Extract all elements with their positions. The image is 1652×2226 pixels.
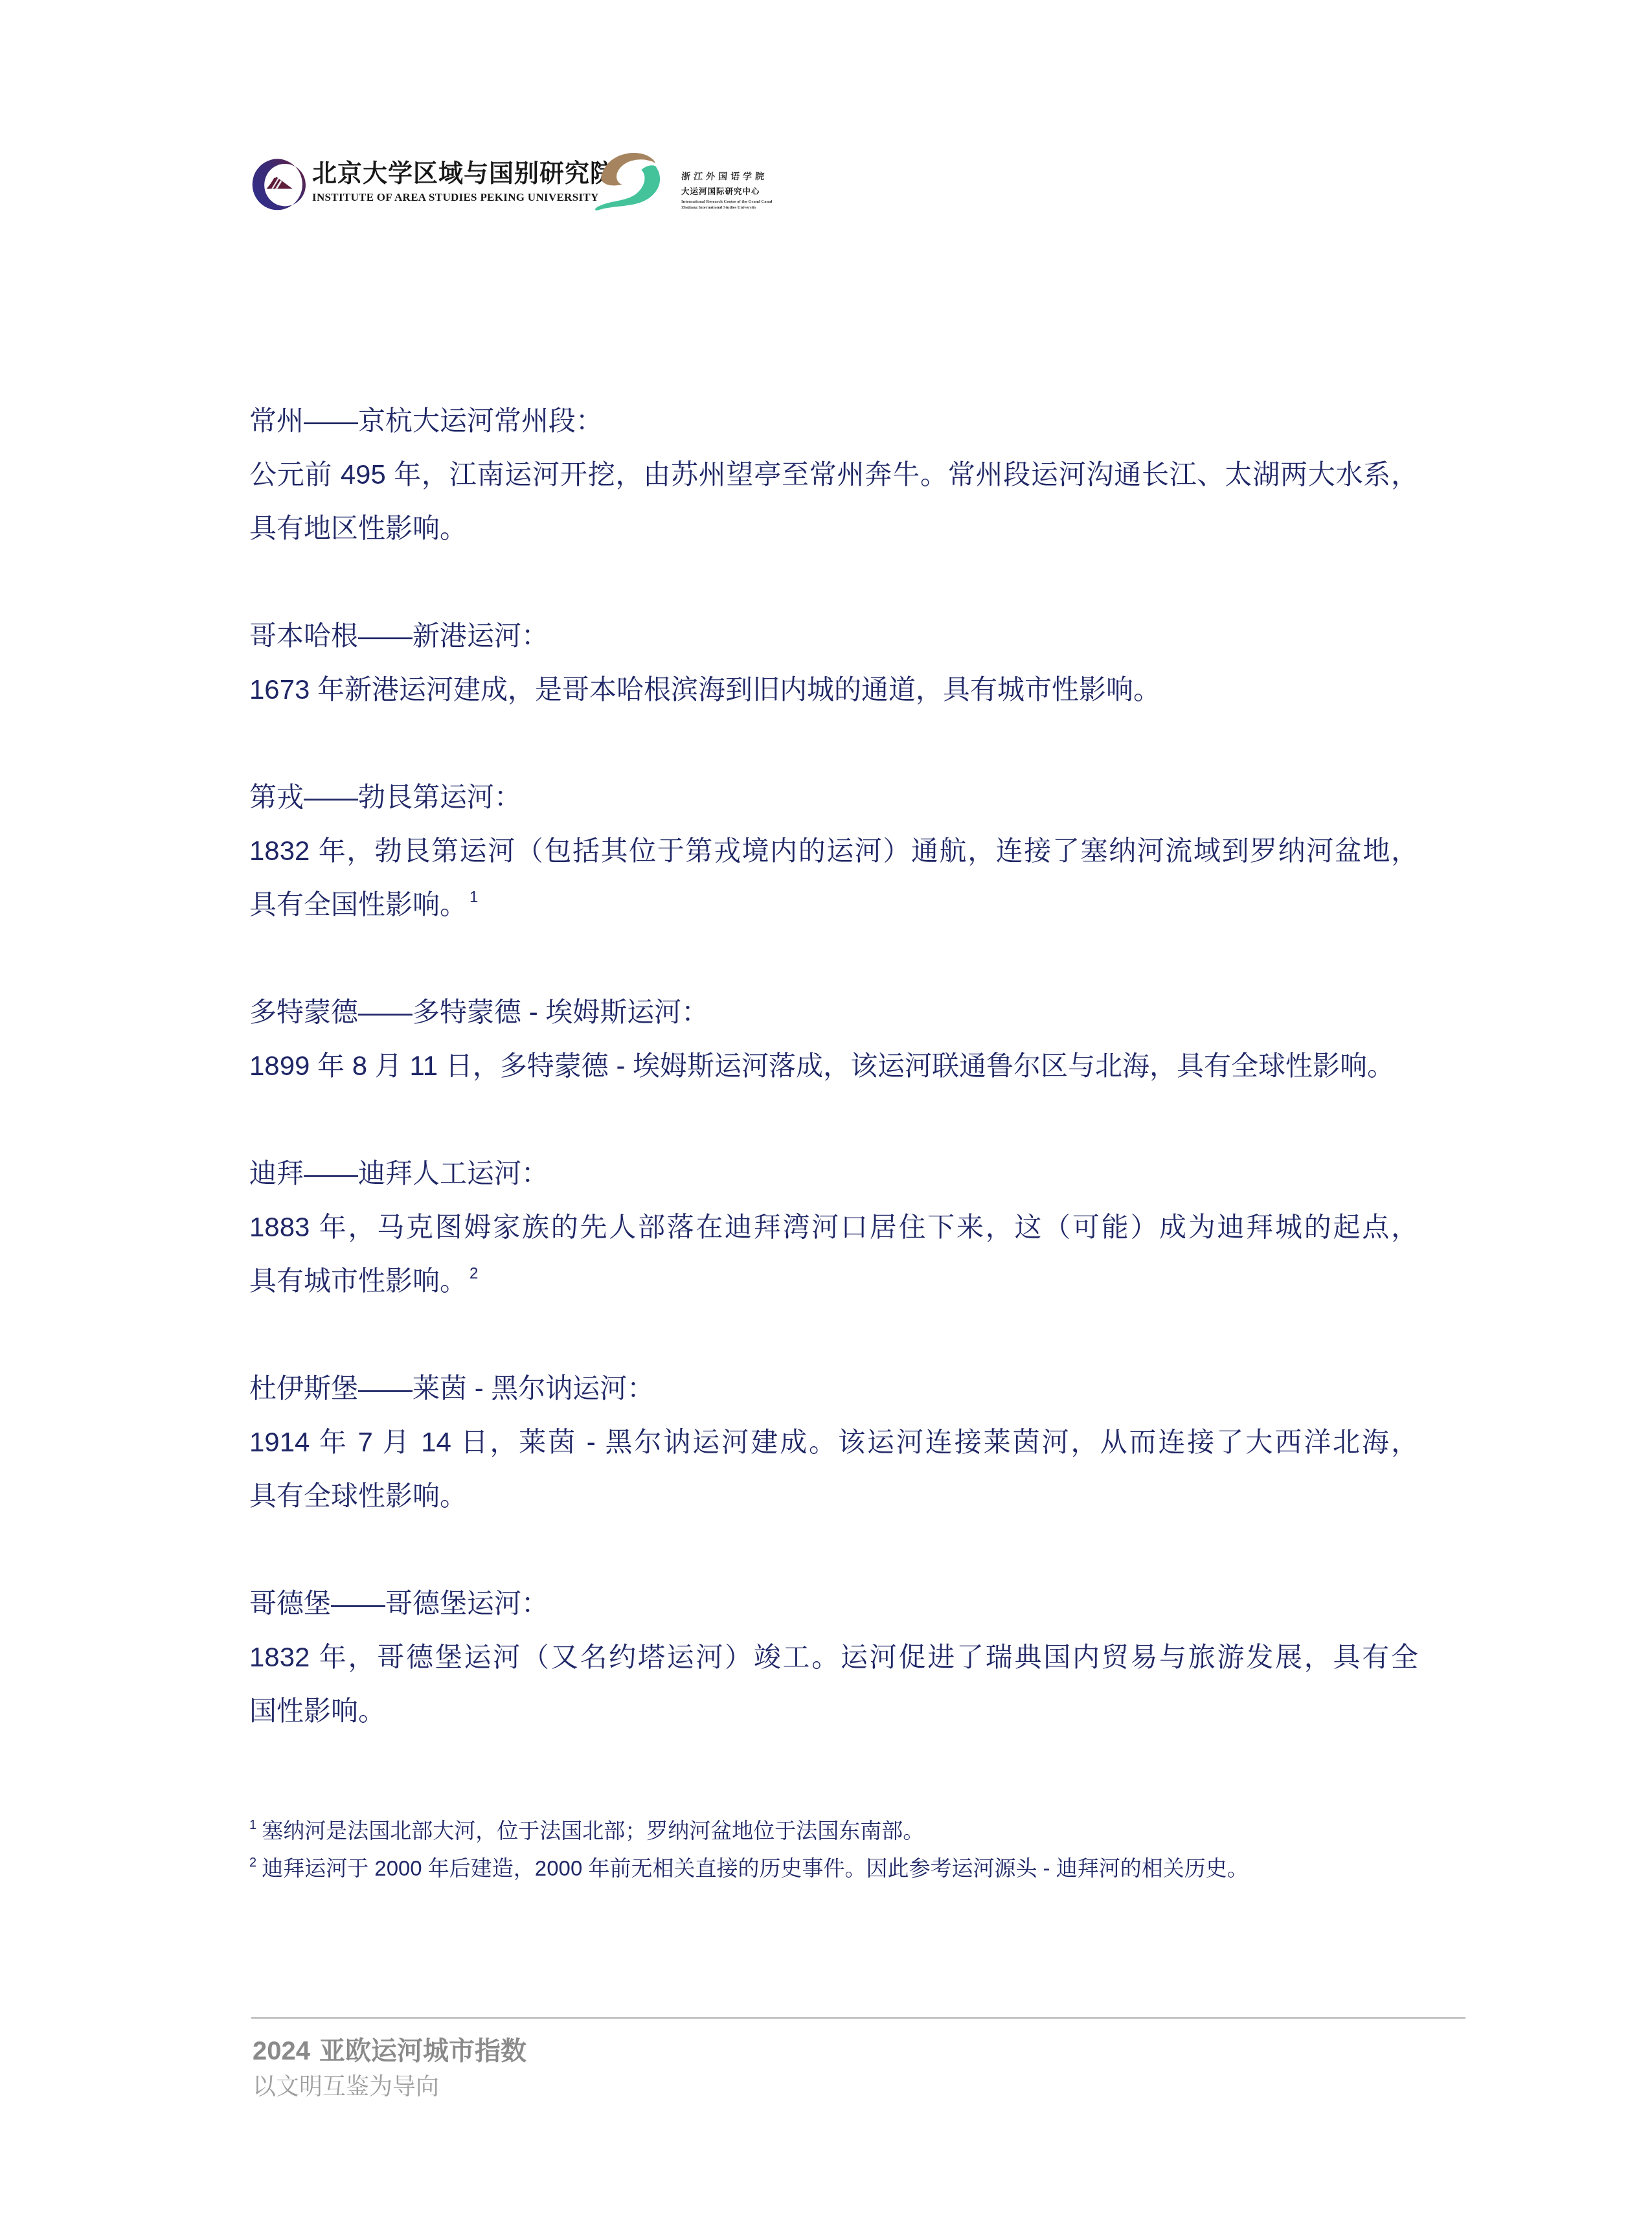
blank-line	[249, 555, 1418, 609]
canal-section-duisburg: 杜伊斯堡——莱茵 - 黑尔讷运河： 1914 年 7 月 14 日，莱茵 - 黑…	[249, 1361, 1418, 1576]
canal-text: 具有城市性影响。	[249, 1266, 467, 1296]
canal-title: 杜伊斯堡——莱茵 - 黑尔讷运河：	[249, 1361, 1418, 1415]
canal-text-line: 1832 年，勃艮第运河（包括其位于第戎境内的运河）通航，连接了塞纳河流域到罗纳…	[249, 824, 1418, 878]
canal-section-dubai: 迪拜——迪拜人工运河： 1883 年，马克图姆家族的先人部落在迪拜湾河口居住下来…	[249, 1146, 1418, 1361]
pku-ias-logo: 北京大学区域与国别研究院 INSTITUTE OF AREA STUDIES P…	[251, 153, 615, 215]
canal-title: 常州——京杭大运河常州段：	[249, 394, 1418, 448]
blank-line	[249, 1308, 1418, 1361]
canal-title: 迪拜——迪拜人工运河：	[249, 1146, 1418, 1200]
pku-ias-logo-text: 北京大学区域与国别研究院 INSTITUTE OF AREA STUDIES P…	[312, 153, 615, 204]
zisu-name-en-line2: Zhejiang International Studies Universit…	[681, 205, 756, 210]
canal-section-gothenburg: 哥德堡——哥德堡运河： 1832 年，哥德堡运河（又名约塔运河）竣工。运河促进了…	[249, 1576, 1418, 1738]
pku-ias-name-cn: 北京大学区域与国别研究院	[312, 159, 615, 188]
grand-canal-logo-text: 浙江外国语学院 大运河国际研究中心 International Research…	[681, 170, 756, 210]
footer-report-title: 2024亚欧运河城市指数	[253, 2035, 526, 2067]
pku-ias-name-en: INSTITUTE OF AREA STUDIES PEKING UNIVERS…	[312, 191, 615, 204]
ias-pku-logo-icon	[251, 153, 306, 215]
canal-text-line: 具有全国性影响。1	[249, 878, 1418, 931]
canal-title: 哥德堡——哥德堡运河：	[249, 1576, 1418, 1630]
blank-line	[249, 931, 1418, 985]
canal-text-line: 1899 年 8 月 11 日，多特蒙德 - 埃姆斯运河落成，该运河联通鲁尔区与…	[249, 1039, 1418, 1093]
footnote-text: 塞纳河是法国北部大河，位于法国北部；罗纳河盆地位于法国东南部。	[262, 1819, 924, 1843]
grand-canal-center-logo: 浙江外国语学院 大运河国际研究中心 International Research…	[585, 145, 675, 213]
canal-text-line: 1832 年，哥德堡运河（又名约塔运河）竣工。运河促进了瑞典国内贸易与旅游发展，…	[249, 1630, 1418, 1684]
grand-canal-center-name-cn: 大运河国际研究中心	[681, 185, 756, 197]
canal-text-line: 国性影响。	[249, 1684, 1418, 1738]
footnote-ref: 2	[470, 1265, 478, 1282]
canal-title: 哥本哈根——新港运河：	[249, 609, 1418, 663]
footnote-marker: 2	[249, 1856, 256, 1870]
canal-section-changzhou: 常州——京杭大运河常州段： 公元前 495 年，江南运河开挖，由苏州望亭至常州奔…	[249, 394, 1418, 609]
footnote-marker: 1	[249, 1818, 256, 1832]
zisu-name-cn: 浙江外国语学院	[681, 170, 756, 183]
footer-title-text: 亚欧运河城市指数	[319, 2037, 526, 2065]
footer-slogan: 以文明互鉴为导向	[253, 2070, 439, 2104]
document-body: 常州——京杭大运河常州段： 公元前 495 年，江南运河开挖，由苏州望亭至常州奔…	[249, 394, 1418, 1738]
footnote-ref: 1	[470, 889, 478, 906]
grand-canal-logo-icon	[585, 145, 675, 213]
blank-line	[249, 716, 1418, 770]
canal-section-copenhagen: 哥本哈根——新港运河： 1673 年新港运河建成，是哥本哈根滨海到旧内城的通道，…	[249, 609, 1418, 770]
footer-year: 2024	[253, 2037, 310, 2065]
footnote-1: 1塞纳河是法国北部大河，位于法国北部；罗纳河盆地位于法国东南部。	[249, 1812, 1467, 1850]
canal-text-line: 具有全球性影响。	[249, 1469, 1418, 1523]
canal-section-dijon: 第戎——勃艮第运河： 1832 年，勃艮第运河（包括其位于第戎境内的运河）通航，…	[249, 770, 1418, 985]
canal-text-line: 1673 年新港运河建成，是哥本哈根滨海到旧内城的通道，具有城市性影响。	[249, 663, 1418, 716]
canal-text-line: 公元前 495 年，江南运河开挖，由苏州望亭至常州奔牛。常州段运河沟通长江、太湖…	[249, 448, 1418, 501]
canal-text-line: 1914 年 7 月 14 日，莱茵 - 黑尔讷运河建成。该运河连接莱茵河，从而…	[249, 1415, 1418, 1469]
grand-canal-center-name-en: International Research Centre of the Gra…	[681, 199, 756, 210]
blank-line	[249, 1523, 1418, 1576]
footnotes: 1塞纳河是法国北部大河，位于法国北部；罗纳河盆地位于法国东南部。 2迪拜运河于 …	[249, 1812, 1467, 1887]
canal-text-line: 1883 年，马克图姆家族的先人部落在迪拜湾河口居住下来，这（可能）成为迪拜城的…	[249, 1200, 1418, 1254]
grand-canal-center-en-line1: International Research Centre of the Gra…	[681, 199, 756, 205]
canal-title: 第戎——勃艮第运河：	[249, 770, 1418, 824]
blank-line	[249, 1093, 1418, 1146]
canal-text-line: 具有地区性影响。	[249, 501, 1418, 555]
canal-title: 多特蒙德——多特蒙德 - 埃姆斯运河：	[249, 985, 1418, 1039]
canal-text-line: 具有城市性影响。2	[249, 1254, 1418, 1308]
footnote-2: 2迪拜运河于 2000 年后建造，2000 年前无相关直接的历史事件。因此参考运…	[249, 1850, 1467, 1887]
footer-divider	[251, 2017, 1465, 2019]
canal-text: 具有全国性影响。	[249, 889, 467, 920]
canal-section-dortmund: 多特蒙德——多特蒙德 - 埃姆斯运河： 1899 年 8 月 11 日，多特蒙德…	[249, 985, 1418, 1146]
footnote-text: 迪拜运河于 2000 年后建造，2000 年前无相关直接的历史事件。因此参考运河…	[262, 1856, 1249, 1880]
